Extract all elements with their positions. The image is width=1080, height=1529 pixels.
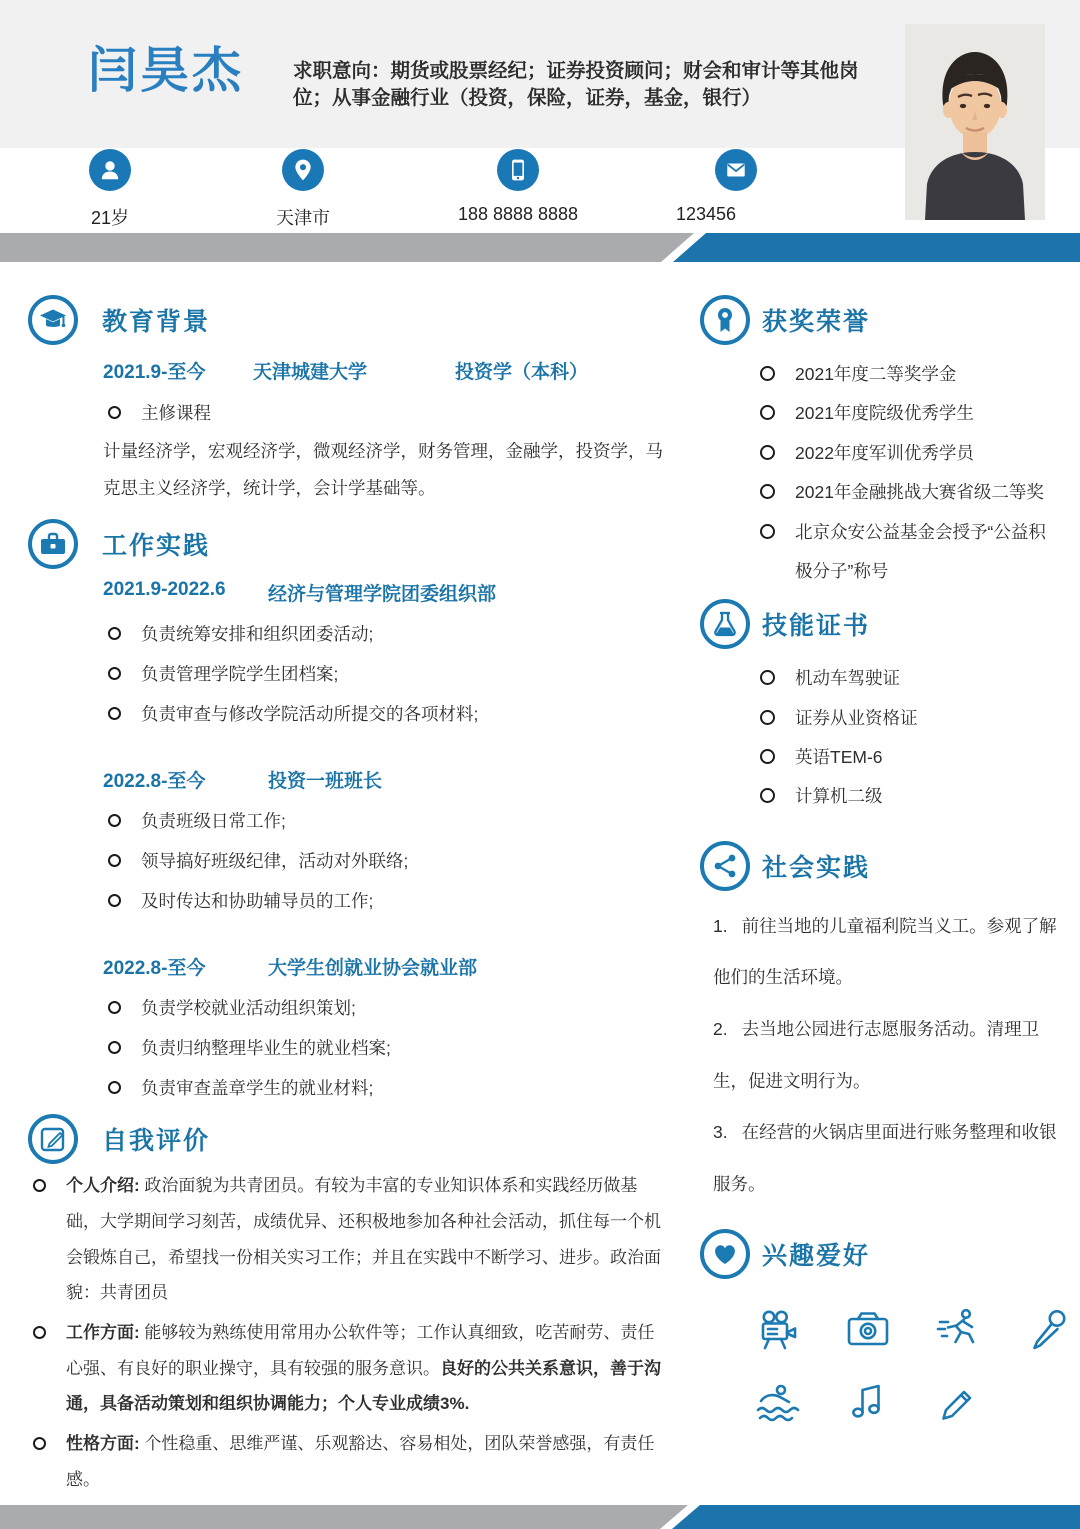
resume-page: 闫昊杰 求职意向：期货或股票经纪；证券投资顾问；财会和审计等其他岗位；从事金融行…: [0, 0, 1080, 1529]
hobbies-header: 兴趣爱好: [695, 1229, 1060, 1279]
job-bullet-text: 负责班级日常工作;: [141, 808, 286, 833]
contact-label-city: 天津市: [276, 204, 330, 230]
awards-list: 2021年度二等奖学金 2021年度院级优秀学生 2022年度军训优秀学员 20…: [695, 355, 1060, 591]
skills-list: 机动车驾驶证 证券从业资格证 英语TEM-6 计算机二级: [695, 659, 1060, 817]
section-awards: 获奖荣誉 2021年度二等奖学金 2021年度院级优秀学生 2022年度军训优秀…: [695, 295, 1060, 591]
bullet-marker: [108, 814, 121, 827]
job-line: 2022.8-至今 大学生创就业协会就业部: [103, 953, 668, 980]
contact-label-age: 21岁: [91, 204, 129, 230]
work-header: 工作实践: [28, 519, 668, 569]
section-hobbies: 兴趣爱好: [695, 1229, 1060, 1427]
bullet-marker: [33, 1326, 46, 1339]
skill-text: 英语TEM-6: [795, 738, 1060, 777]
award-item: 2021年金融挑战大赛省级二等奖: [695, 473, 1060, 512]
bullet-marker: [760, 524, 775, 539]
job-bullet: 负责学校就业活动组织策划;: [103, 995, 668, 1020]
bullet-marker: [760, 670, 775, 685]
bullet-marker: [108, 707, 121, 720]
award-item: 2021年度院级优秀学生: [695, 394, 1060, 433]
bullet-marker: [108, 667, 121, 680]
job-role: 经济与管理学院团委组织部: [268, 579, 496, 606]
social-item-number: 2.: [713, 1019, 728, 1039]
job-bullet-text: 领导搞好班级纪律，活动对外联络;: [141, 848, 408, 873]
bullet-marker: [760, 749, 775, 764]
job-bullet: 负责审查与修改学院活动所提交的各项材料;: [103, 701, 668, 726]
skill-item: 计算机二级: [695, 777, 1060, 816]
microphone-icon: [1023, 1305, 1073, 1355]
award-text: 2022年度军训优秀学员: [795, 434, 1060, 473]
job-bullet-text: 负责归纳整理毕业生的就业档案;: [141, 1035, 391, 1060]
selfeval-body: 个性稳重、思维严谨、乐观豁达、容易相处，团队荣誉感强，有责任感。: [66, 1434, 654, 1489]
bullet-marker: [108, 406, 121, 419]
bullet-marker: [33, 1179, 46, 1192]
selfeval-header: 自我评价: [28, 1114, 668, 1164]
edit-pencil-icon: [28, 1114, 78, 1164]
bullet-marker: [760, 484, 775, 499]
skill-text: 机动车驾驶证: [795, 659, 1060, 698]
education-date: 2021.9-至今: [103, 357, 253, 384]
contact-label-phone: 188 8888 8888: [458, 204, 578, 225]
job-entry: 2022.8-至今 投资一班班长 负责班级日常工作; 领导搞好班级纪律，活动对外…: [103, 766, 668, 913]
job-bullet: 领导搞好班级纪律，活动对外联络;: [103, 848, 668, 873]
video-camera-icon: [753, 1305, 803, 1355]
camera-icon: [843, 1305, 893, 1355]
left-column: 教育背景 2021.9-至今 天津城建大学 投资学（本科） 主修课程 计量经济学…: [28, 295, 668, 1497]
selfeval-text: 个人介绍: 政治面貌为共青团员。有较为丰富的专业知识体系和实践经历做基础，大学期…: [66, 1168, 668, 1311]
skills-header: 技能证书: [695, 599, 1060, 649]
social-item-text: 在经营的火锅店里面进行账务整理和收银服务。: [713, 1122, 1057, 1194]
location-icon: [282, 149, 324, 191]
contact-location: 天津市: [233, 149, 373, 230]
job-entry: 2022.8-至今 大学生创就业协会就业部 负责学校就业活动组织策划; 负责归纳…: [103, 953, 668, 1100]
job-bullet-text: 负责统筹安排和组织团委活动;: [141, 621, 373, 646]
bullet-marker: [33, 1437, 46, 1450]
award-item: 2022年度军训优秀学员: [695, 434, 1060, 473]
heart-icon: [700, 1229, 750, 1279]
right-column: 获奖荣誉 2021年度二等奖学金 2021年度院级优秀学生 2022年度军训优秀…: [695, 295, 1060, 1427]
job-date: 2021.9-2022.6: [103, 579, 268, 606]
bullet-marker: [108, 854, 121, 867]
bullet-marker: [760, 366, 775, 381]
section-education: 教育背景 2021.9-至今 天津城建大学 投资学（本科） 主修课程 计量经济学…: [28, 295, 668, 507]
awards-title: 获奖荣誉: [762, 302, 870, 338]
bullet-marker: [108, 1001, 121, 1014]
hobbies-title: 兴趣爱好: [762, 1236, 870, 1272]
work-content: 2021.9-2022.6 经济与管理学院团委组织部 负责统筹安排和组织团委活动…: [103, 579, 668, 1100]
job-line: 2021.9-2022.6 经济与管理学院团委组织部: [103, 579, 668, 606]
job-date: 2022.8-至今: [103, 766, 268, 793]
selfeval-label: 工作方面:: [66, 1323, 144, 1342]
music-icon: [843, 1377, 893, 1427]
job-bullet: 负责归纳整理毕业生的就业档案;: [103, 1035, 668, 1060]
phone-icon: [497, 149, 539, 191]
medal-icon: [700, 295, 750, 345]
job-bullet: 负责班级日常工作;: [103, 808, 668, 833]
contact-label-qq: 123456: [676, 204, 736, 225]
social-list: 1.前往当地的儿童福利院当义工。参观了解他们的生活环境。 2.去当地公园进行志愿…: [695, 901, 1060, 1211]
education-bullet-text: 主修课程: [141, 400, 211, 425]
skill-text: 证券从业资格证: [795, 699, 1060, 738]
selfeval-label: 性格方面:: [66, 1434, 144, 1453]
awards-header: 获奖荣誉: [695, 295, 1060, 345]
bottom-divider: [0, 1505, 1080, 1529]
selfeval-title: 自我评价: [102, 1121, 210, 1157]
social-item-number: 3.: [713, 1122, 728, 1142]
social-item: 1.前往当地的儿童福利院当义工。参观了解他们的生活环境。: [713, 901, 1060, 1004]
bullet-marker: [760, 788, 775, 803]
job-bullet: 负责管理学院学生团档案;: [103, 661, 668, 686]
social-header: 社会实践: [695, 841, 1060, 891]
top-divider: [0, 233, 1080, 262]
contact-mail: 123456: [666, 149, 806, 225]
section-social-practice: 社会实践 1.前往当地的儿童福利院当义工。参观了解他们的生活环境。 2.去当地公…: [695, 841, 1060, 1211]
education-line: 2021.9-至今 天津城建大学 投资学（本科）: [103, 357, 668, 384]
skill-item: 英语TEM-6: [695, 738, 1060, 777]
job-bullet: 负责统筹安排和组织团委活动;: [103, 621, 668, 646]
education-content: 2021.9-至今 天津城建大学 投资学（本科） 主修课程 计量经济学，宏观经济…: [103, 357, 668, 507]
work-title: 工作实践: [102, 526, 210, 562]
education-courses: 计量经济学，宏观经济学，微观经济学，财务管理，金融学，投资学，马克思主义经济学，…: [103, 433, 668, 507]
award-text: 2021年度院级优秀学生: [795, 394, 1060, 433]
job-role: 投资一班班长: [268, 766, 382, 793]
selfeval-item: 性格方面: 个性稳重、思维严谨、乐观豁达、容易相处，团队荣誉感强，有责任感。: [28, 1426, 668, 1497]
section-work: 工作实践 2021.9-2022.6 经济与管理学院团委组织部 负责统筹安排和组…: [28, 519, 668, 1100]
briefcase-icon: [28, 519, 78, 569]
bullet-marker: [108, 894, 121, 907]
education-title: 教育背景: [102, 302, 210, 338]
job-bullet-text: 负责审查盖章学生的就业材料;: [141, 1075, 373, 1100]
award-text: 2021年度二等奖学金: [795, 355, 1060, 394]
job-role: 大学生创就业协会就业部: [268, 953, 477, 980]
candidate-name: 闫昊杰: [88, 32, 244, 102]
social-title: 社会实践: [762, 848, 870, 884]
skill-item: 机动车驾驶证: [695, 659, 1060, 698]
social-item-text: 前往当地的儿童福利院当义工。参观了解他们的生活环境。: [713, 916, 1057, 988]
job-bullet-text: 负责审查与修改学院活动所提交的各项材料;: [141, 701, 478, 726]
id-photo: [905, 24, 1045, 220]
swimming-icon: [753, 1377, 803, 1427]
award-item: 北京众安公益基金会授予“公益积极分子”称号: [695, 513, 1060, 592]
bullet-marker: [108, 1081, 121, 1094]
hobby-icon-grid: [695, 1305, 1060, 1427]
social-item: 3.在经营的火锅店里面进行账务整理和收银服务。: [713, 1107, 1060, 1210]
bullet-marker: [760, 405, 775, 420]
pencil-icon: [933, 1377, 983, 1427]
job-bullet: 及时传达和协助辅导员的工作;: [103, 888, 668, 913]
bullet-marker: [760, 710, 775, 725]
job-date: 2022.8-至今: [103, 953, 268, 980]
skills-title: 技能证书: [762, 606, 870, 642]
contact-phone: 188 8888 8888: [448, 149, 588, 225]
job-line: 2022.8-至今 投资一班班长: [103, 766, 668, 793]
selfeval-body: 政治面貌为共青团员。有较为丰富的专业知识体系和实践经历做基础，大学期间学习刻苦，…: [66, 1176, 661, 1302]
skill-item: 证券从业资格证: [695, 699, 1060, 738]
graduation-cap-icon: [28, 295, 78, 345]
selfeval-content: 个人介绍: 政治面貌为共青团员。有较为丰富的专业知识体系和实践经历做基础，大学期…: [28, 1168, 668, 1497]
social-item-text: 去当地公园进行志愿服务活动。清理卫生，促进文明行为。: [713, 1019, 1039, 1091]
contact-age: 21岁: [40, 149, 180, 230]
flask-icon: [700, 599, 750, 649]
award-text: 2021年金融挑战大赛省级二等奖: [795, 473, 1060, 512]
selfeval-text: 工作方面: 能够较为熟练使用常用办公软件等；工作认真细致，吃苦耐劳、责任心强、有…: [66, 1315, 668, 1422]
bullet-marker: [108, 627, 121, 640]
job-objective: 求职意向：期货或股票经纪；证券投资顾问；财会和审计等其他岗位；从事金融行业（投资…: [293, 58, 875, 112]
skill-text: 计算机二级: [795, 777, 1060, 816]
job-bullet-text: 负责管理学院学生团档案;: [141, 661, 338, 686]
bullet-marker: [760, 445, 775, 460]
person-icon: [89, 149, 131, 191]
social-item-number: 1.: [713, 916, 728, 936]
selfeval-item: 工作方面: 能够较为熟练使用常用办公软件等；工作认真细致，吃苦耐劳、责任心强、有…: [28, 1315, 668, 1422]
job-bullet-text: 负责学校就业活动组织策划;: [141, 995, 356, 1020]
section-skills: 技能证书 机动车驾驶证 证券从业资格证 英语TEM-6 计算机二级: [695, 599, 1060, 817]
job-bullet-text: 及时传达和协助辅导员的工作;: [141, 888, 373, 913]
award-item: 2021年度二等奖学金: [695, 355, 1060, 394]
bullet-marker: [108, 1041, 121, 1054]
job-entry: 2021.9-2022.6 经济与管理学院团委组织部 负责统筹安排和组织团委活动…: [103, 579, 668, 726]
share-icon: [700, 841, 750, 891]
award-text: 北京众安公益基金会授予“公益积极分子”称号: [795, 513, 1060, 592]
mail-icon: [715, 149, 757, 191]
section-self-evaluation: 自我评价 个人介绍: 政治面貌为共青团员。有较为丰富的专业知识体系和实践经历做基…: [28, 1114, 668, 1497]
job-bullet: 负责审查盖章学生的就业材料;: [103, 1075, 668, 1100]
selfeval-text: 性格方面: 个性稳重、思维严谨、乐观豁达、容易相处，团队荣誉感强，有责任感。: [66, 1426, 668, 1497]
education-school: 天津城建大学: [253, 357, 455, 384]
education-header: 教育背景: [28, 295, 668, 345]
selfeval-label: 个人介绍:: [66, 1176, 144, 1195]
running-icon: [933, 1305, 983, 1355]
social-item: 2.去当地公园进行志愿服务活动。清理卫生，促进文明行为。: [713, 1004, 1060, 1107]
education-major: 投资学（本科）: [455, 357, 588, 384]
selfeval-item: 个人介绍: 政治面貌为共青团员。有较为丰富的专业知识体系和实践经历做基础，大学期…: [28, 1168, 668, 1311]
education-bullet-row: 主修课程: [103, 400, 668, 425]
